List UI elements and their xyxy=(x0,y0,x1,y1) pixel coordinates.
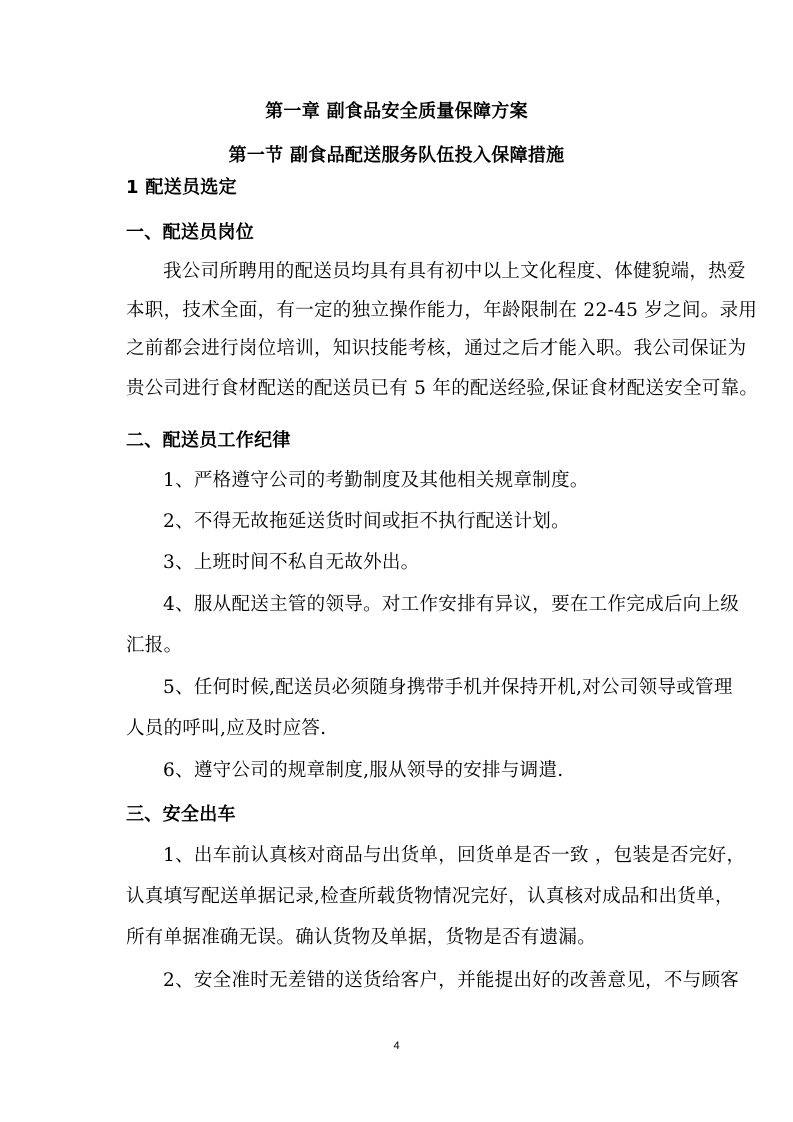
part2-item: 6、遵守公司的规章制度,服从领导的安排与调遣. xyxy=(126,759,710,783)
section-title: 第一节 副食品配送服务队伍投入保障措施 xyxy=(0,144,793,168)
part2-item: 1、严格遵守公司的考勤制度及其他相关规章制度。 xyxy=(126,469,710,493)
part2-item: 5、任何时候,配送员必须随身携带手机并保持开机,对公司领导或管理 xyxy=(126,676,710,700)
part2-item-continuation: 人员的呼叫,应及时应答. xyxy=(126,717,710,741)
chapter-title: 第一章 副食品安全质量保障方案 xyxy=(0,100,793,124)
page-number: 4 xyxy=(0,1040,793,1052)
part3-item: 2、安全准时无差错的送货给客户，并能提出好的改善意见，不与顾客 xyxy=(126,969,710,993)
part3-heading: 三、安全出车 xyxy=(126,803,710,827)
part3-item: 1、出车前认真核对商品与出货单，回货单是否一致 ，包装是否完好， xyxy=(126,844,710,868)
part3-item-continuation: 所有单据准确无误。确认货物及单据，货物是否有遗漏。 xyxy=(126,926,710,950)
subsection-title: 1 配送员选定 xyxy=(126,176,710,200)
part1-paragraph-line: 我公司所聘用的配送员均具有具有初中以上文化程度、体健貌端，热爱 xyxy=(126,260,710,284)
part1-paragraph-line: 贵公司进行食材配送的配送员已有 5 年的配送经验,保证食材配送安全可靠。 xyxy=(126,377,710,401)
part1-paragraph-line: 本职，技术全面，有一定的独立操作能力，年龄限制在 22-45 岁之间。录用 xyxy=(126,299,710,323)
part2-item: 2、不得无故拖延送货时间或拒不执行配送计划。 xyxy=(126,510,710,534)
document-page: 第一章 副食品安全质量保障方案 第一节 副食品配送服务队伍投入保障措施 1 配送… xyxy=(0,0,793,1122)
part3-item-continuation: 认真填写配送单据记录,检查所载货物情况完好，认真核对成品和出货单， xyxy=(126,885,710,909)
part2-item: 4、服从配送主管的领导。对工作安排有异议，要在工作完成后向上级 xyxy=(126,593,710,617)
part1-heading: 一、配送员岗位 xyxy=(126,221,710,245)
part2-heading: 二、配送员工作纪律 xyxy=(126,429,710,453)
part1-paragraph-line: 之前都会进行岗位培训，知识技能考核，通过之后才能入职。我公司保证为 xyxy=(126,337,710,361)
part2-item: 3、上班时间不私自无故外出。 xyxy=(126,551,710,575)
part2-item-continuation: 汇报。 xyxy=(126,634,710,658)
